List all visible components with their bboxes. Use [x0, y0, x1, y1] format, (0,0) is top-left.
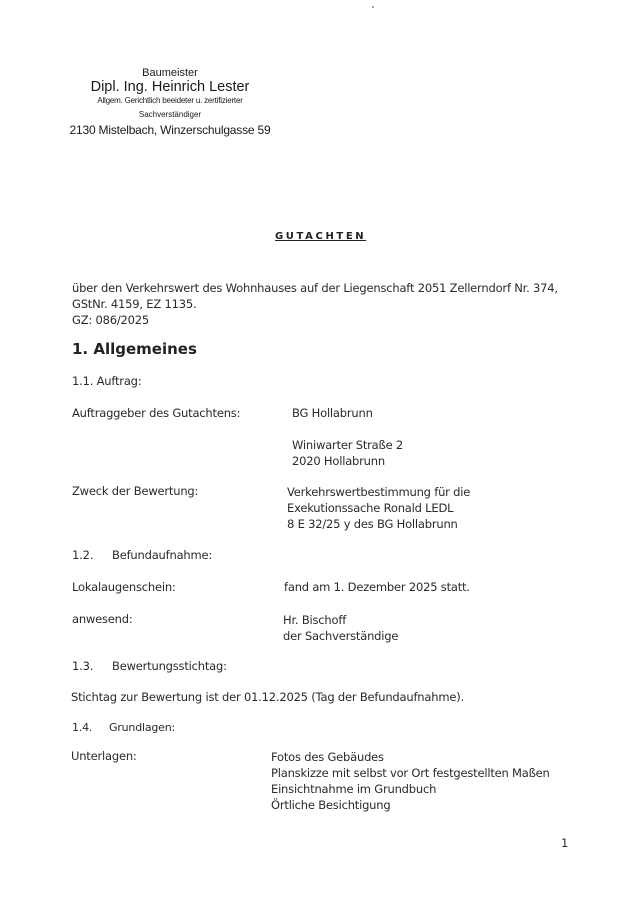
section-heading-allgemeines: 1. Allgemeines: [72, 340, 197, 358]
intro-paragraph: über den Verkehrswert des Wohnhauses auf…: [72, 280, 558, 328]
anwesend-line-2: der Sachverständige: [283, 628, 398, 644]
subsection-number-1-3: 1.3.: [72, 659, 93, 673]
page-number: 1: [561, 836, 568, 850]
intro-line-2: GStNr. 4159, EZ 1135.: [72, 296, 558, 312]
zweck-line-2: Exekutionssache Ronald LEDL: [287, 500, 470, 516]
anwesend-label: anwesend:: [72, 612, 133, 626]
scan-speck: [372, 6, 374, 8]
zweck-label: Zweck der Bewertung:: [72, 484, 198, 498]
document-title: GUTACHTEN: [275, 231, 366, 242]
zweck-value: Verkehrswertbestimmung für die Exekution…: [287, 484, 470, 532]
unterlagen-item-3: Einsichtnahme im Grundbuch: [271, 781, 550, 797]
address-line-2: 2020 Hollabrunn: [292, 453, 403, 469]
intro-line-1: über den Verkehrswert des Wohnhauses auf…: [72, 280, 558, 296]
letterhead-profession: Baumeister: [60, 67, 280, 79]
auftraggeber-address: Winiwarter Straße 2 2020 Hollabrunn: [292, 437, 403, 469]
subsection-number-1-2: 1.2.: [72, 548, 93, 562]
unterlagen-label: Unterlagen:: [71, 749, 137, 763]
unterlagen-item-4: Örtliche Besichtigung: [271, 797, 550, 813]
unterlagen-item-2: Planskizze mit selbst vor Ort festgestel…: [271, 765, 550, 781]
intro-line-3: GZ: 086/2025: [72, 312, 558, 328]
letterhead-address: 2130 Mistelbach, Winzerschulgasse 59: [60, 123, 280, 137]
letterhead-qualification-2: Sachverständiger: [60, 110, 280, 119]
stichtag-text: Stichtag zur Bewertung ist der 01.12.202…: [71, 690, 464, 704]
zweck-line-1: Verkehrswertbestimmung für die: [287, 484, 470, 500]
subsection-number-1-4: 1.4.: [72, 721, 92, 734]
letterhead-name: Dipl. Ing. Heinrich Lester: [60, 79, 280, 95]
address-line-1: Winiwarter Straße 2: [292, 437, 403, 453]
anwesend-line-1: Hr. Bischoff: [283, 612, 398, 628]
auftraggeber-value: BG Hollabrunn: [292, 406, 373, 420]
subsection-heading-befundaufnahme: Befundaufnahme:: [112, 548, 212, 562]
subsection-heading-bewertungsstichtag: Bewertungsstichtag:: [112, 659, 227, 673]
anwesend-value: Hr. Bischoff der Sachverständige: [283, 612, 398, 644]
unterlagen-item-1: Fotos des Gebäudes: [271, 749, 550, 765]
auftraggeber-label: Auftraggeber des Gutachtens:: [72, 406, 240, 420]
unterlagen-list: Fotos des Gebäudes Planskizze mit selbst…: [271, 749, 550, 813]
zweck-line-3: 8 E 32/25 y des BG Hollabrunn: [287, 516, 470, 532]
lokalaugenschein-value: fand am 1. Dezember 2025 statt.: [284, 580, 470, 594]
subsection-heading-grundlagen: Grundlagen:: [109, 721, 175, 734]
lokalaugenschein-label: Lokalaugenschein:: [72, 580, 176, 594]
letterhead-qualification: Allgem. Gerichtlich beeideter u. zertifi…: [60, 96, 280, 105]
document-page: Baumeister Dipl. Ing. Heinrich Lester Al…: [0, 0, 636, 900]
subsection-heading-auftrag: 1.1. Auftrag:: [72, 374, 141, 388]
